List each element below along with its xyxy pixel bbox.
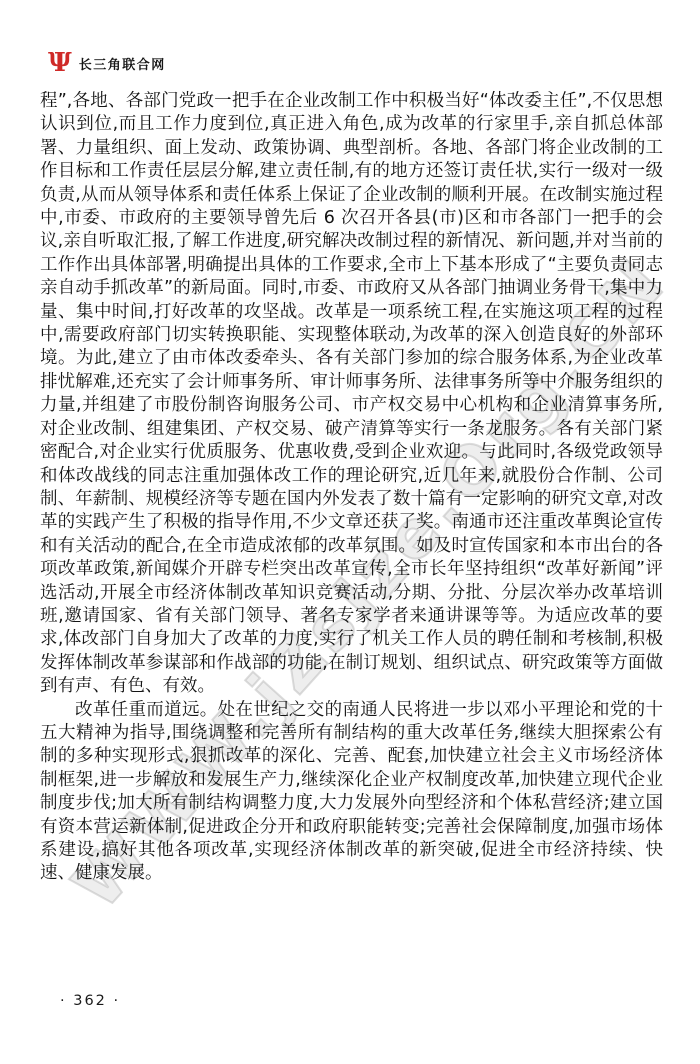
page-footer: · 362 · (60, 993, 120, 1009)
paragraph-closing: 改革任重而道远。处在世纪之交的南通人民将进一步以邓小平理论和党的十五大精神为指导… (40, 699, 663, 886)
document-body: 程”,各地、各部门党政一把手在企业改制工作中积极当好“体改委主任”,不仅思想认识… (40, 90, 663, 886)
site-name: 长三角联合网 (79, 54, 166, 73)
page-number: · 362 · (60, 993, 120, 1009)
paragraph-continuation: 程”,各地、各部门党政一把手在企业改制工作中积极当好“体改委主任”,不仅思想认识… (40, 90, 663, 699)
site-header: Ψ 长三角联合网 (48, 50, 166, 76)
site-logo-icon: Ψ (48, 50, 72, 76)
scanned-document-page: Ψ 长三角联合网 WWW.jZsJze.Org.CN 程”,各地、各部门党政一把… (0, 0, 700, 1064)
